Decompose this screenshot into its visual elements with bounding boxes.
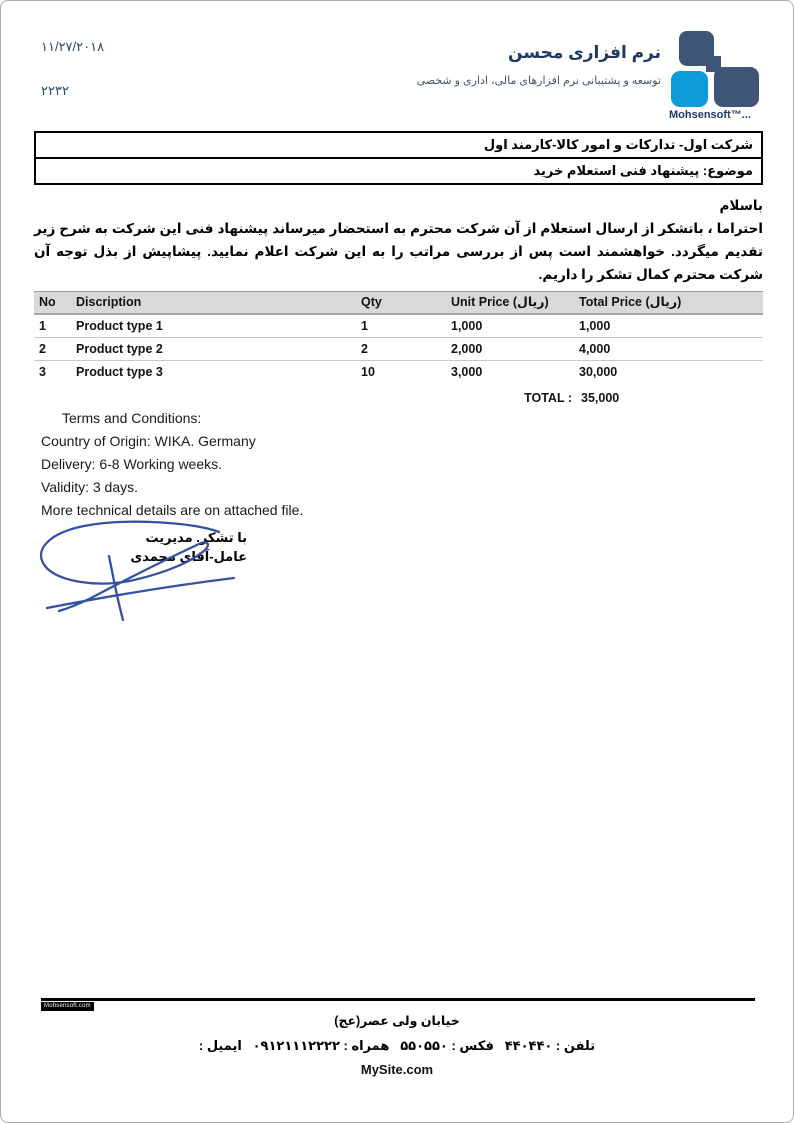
document-date: ۱۱/۲۷/۲۰۱۸	[41, 39, 104, 55]
signature-loop-stroke	[41, 522, 219, 611]
row-unit: 3,000	[451, 361, 482, 383]
body-paragraph: احتراما ، باتشکر از ارسال استعلام از آن …	[34, 217, 763, 286]
row-no: 3	[39, 361, 46, 383]
company-name: نرم افزاری محسن	[417, 43, 661, 63]
row-no: 1	[39, 315, 46, 337]
company-subtitle: توسعه و پشتیبانی نرم افزارهای مالی، ادار…	[417, 74, 661, 87]
subject-line: موضوع: پیشنهاد فنی استعلام خرید	[36, 157, 761, 183]
total-label: TOTAL :	[434, 386, 572, 410]
table-row: 3 Product type 3 10 3,000 30,000	[34, 361, 763, 383]
company-header: نرم افزاری محسن توسعه و پشتیبانی نرم افز…	[417, 43, 661, 87]
table-row: 1 Product type 1 1 1,000 1,000	[34, 315, 763, 338]
row-unit: 1,000	[451, 315, 482, 337]
logo-square-bottom-left	[671, 71, 708, 107]
salutation: باسلام	[34, 194, 763, 217]
row-unit: 2,000	[451, 338, 482, 360]
row-qty: 1	[361, 315, 368, 337]
row-total: 1,000	[579, 315, 610, 337]
terms-line-validity: Validity: 3 days.	[41, 476, 303, 499]
terms-title: Terms and Conditions:	[62, 407, 303, 430]
header-total-price: Total Price (ریال)	[579, 292, 681, 313]
row-total: 30,000	[579, 361, 617, 383]
logo-square-bottom-right	[714, 67, 759, 107]
signature-underline-stroke	[47, 578, 234, 608]
document-number: ۲۲۳۲	[41, 83, 69, 99]
row-desc: Product type 2	[76, 338, 163, 360]
footer-brand-tag: Mohsensoft.com	[41, 1002, 94, 1011]
header-description: Discription	[76, 292, 141, 313]
company-logo	[669, 29, 761, 109]
footer-contact-line: تلفن : ۴۴۰۴۴۰ فکس : ۵۵۰۵۵۰ همراه : ۰۹۱۲۱…	[1, 1038, 793, 1054]
row-total: 4,000	[579, 338, 610, 360]
row-qty: 2	[361, 338, 368, 360]
footer-website: MySite.com	[1, 1062, 793, 1077]
footer-divider	[41, 998, 755, 1001]
items-table: No Discription Qty Unit Price (ریال) Tot…	[34, 291, 763, 410]
header-no: No	[39, 292, 56, 313]
recipient-table: شرکت اول- تدارکات و امور کالا-کارمند اول…	[34, 131, 763, 185]
terms-line-delivery: Delivery: 6-8 Working weeks.	[41, 453, 303, 476]
items-table-header: No Discription Qty Unit Price (ریال) Tot…	[34, 291, 763, 315]
header-qty: Qty	[361, 292, 382, 313]
header-unit-price: Unit Price (ریال)	[451, 292, 549, 313]
terms-line-origin: Country of Origin: WIKA. Germany	[41, 430, 303, 453]
document-page: ۱۱/۲۷/۲۰۱۸ ۲۲۳۲ نرم افزاری محسن توسعه و …	[0, 0, 794, 1123]
letter-body: باسلام احتراما ، باتشکر از ارسال استعلام…	[34, 194, 763, 286]
total-value: 35,000	[581, 386, 619, 410]
row-desc: Product type 3	[76, 361, 163, 383]
terms-section: Terms and Conditions: Country of Origin:…	[41, 407, 303, 522]
row-qty: 10	[361, 361, 375, 383]
handwritten-signature	[29, 516, 269, 631]
row-desc: Product type 1	[76, 315, 163, 337]
logo-caption: Mohsensoft™...	[669, 109, 761, 121]
recipient-line: شرکت اول- تدارکات و امور کالا-کارمند اول	[36, 133, 761, 157]
row-no: 2	[39, 338, 46, 360]
table-row: 2 Product type 2 2 2,000 4,000	[34, 338, 763, 361]
footer-address: خیابان ولی عصر(عج)	[1, 1013, 793, 1028]
